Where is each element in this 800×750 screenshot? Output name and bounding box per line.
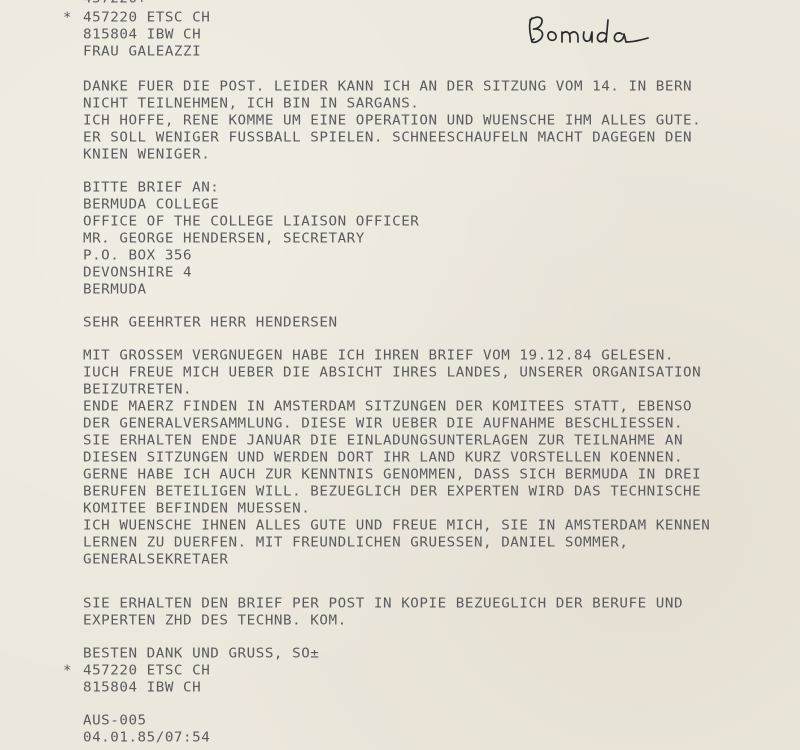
footer-receiver-answerback: 815804 IBW CH [83, 680, 201, 696]
salutation: SEHR GEEHRTER HERR HENDERSEN [83, 315, 338, 331]
body-line: IUCH FREUE MICH UEBER DIE ABSICHT IHRES … [83, 365, 701, 381]
body-line: ENDE MAERZ FINDEN IN AMSTERDAM SITZUNGEN… [83, 399, 692, 415]
address-line: OFFICE OF THE COLLEGE LIAISON OFFICER [83, 214, 419, 230]
attention-line: FRAU GALEAZZI [83, 44, 201, 60]
postscript-line: SIE ERHALTEN DEN BRIEF PER POST IN KOPIE… [83, 596, 683, 612]
address-line: BERMUDA [83, 282, 147, 298]
address-line: BERMUDA COLLEGE [83, 197, 219, 213]
body-line: SIE ERHALTEN ENDE JANUAR DIE EINLADUNGSU… [83, 433, 683, 449]
answerback-marker: * [63, 10, 71, 27]
intro-line: ER SOLL WENIGER FUSSBALL SPIELEN. SCHNEE… [83, 130, 692, 146]
body-line: BEIZUTRETEN. [83, 382, 192, 398]
intro-line: DANKE FUER DIE POST. LEIDER KANN ICH AN … [83, 79, 692, 95]
intro-line: NICHT TEILNEHMEN, ICH BIN IN SARGANS. [83, 96, 419, 112]
body-line: LERNEN ZU DUERFEN. MIT FREUNDLICHEN GRUE… [83, 535, 629, 551]
body-line: ICH WUENSCHE IHNEN ALLES GUTE UND FREUE … [83, 518, 710, 534]
receiver-answerback: 815804 IBW CH [83, 27, 201, 43]
body-line: DIESEN SITZUNGEN UND WERDEN DORT IHR LAN… [83, 450, 683, 466]
address-line: DEVONSHIRE 4 [83, 265, 192, 281]
body-line: BERUFEN BETEILIGEN WILL. BEZUEGLICH DER … [83, 484, 701, 500]
telex-document: 457220+ * 457220 ETSC CH 815804 IBW CH F… [0, 0, 800, 750]
address-line: MR. GEORGE HENDERSEN, SECRETARY [83, 231, 365, 247]
timestamp: 04.01.85/07:54 [83, 730, 210, 746]
body-line: GENERALSEKRETAER [83, 552, 228, 568]
body-line: DER GENERALVERSAMMLUNG. DIESE WIR UEBER … [83, 416, 683, 432]
header-top-partial-line: 457220+ [83, 0, 147, 7]
address-line: P.O. BOX 356 [83, 248, 192, 264]
address-line: BITTE BRIEF AN: [83, 180, 219, 196]
message-id: AUS-005 [83, 713, 147, 729]
sender-answerback: 457220 ETSC CH [83, 10, 210, 26]
answerback-marker: * [63, 663, 71, 680]
body-line: GERNE HABE ICH AUCH ZUR KENNTNIS GENOMME… [83, 467, 701, 483]
handwritten-note: Bermuda [524, 12, 654, 48]
intro-line: ICH HOFFE, RENE KOMME UM EINE OPERATION … [83, 113, 701, 129]
footer-sender-answerback: 457220 ETSC CH [83, 663, 210, 679]
body-line: MIT GROSSEM VERGNUEGEN HABE ICH IHREN BR… [83, 348, 674, 364]
postscript-line: EXPERTEN ZHD DES TECHNB. KOM. [83, 613, 347, 629]
intro-line: KNIEN WENIGER. [83, 147, 210, 163]
closing-line: BESTEN DANK UND GRUSS, SO± [83, 646, 319, 662]
body-line: KOMITEE BEFINDEN MUESSEN. [83, 501, 310, 517]
